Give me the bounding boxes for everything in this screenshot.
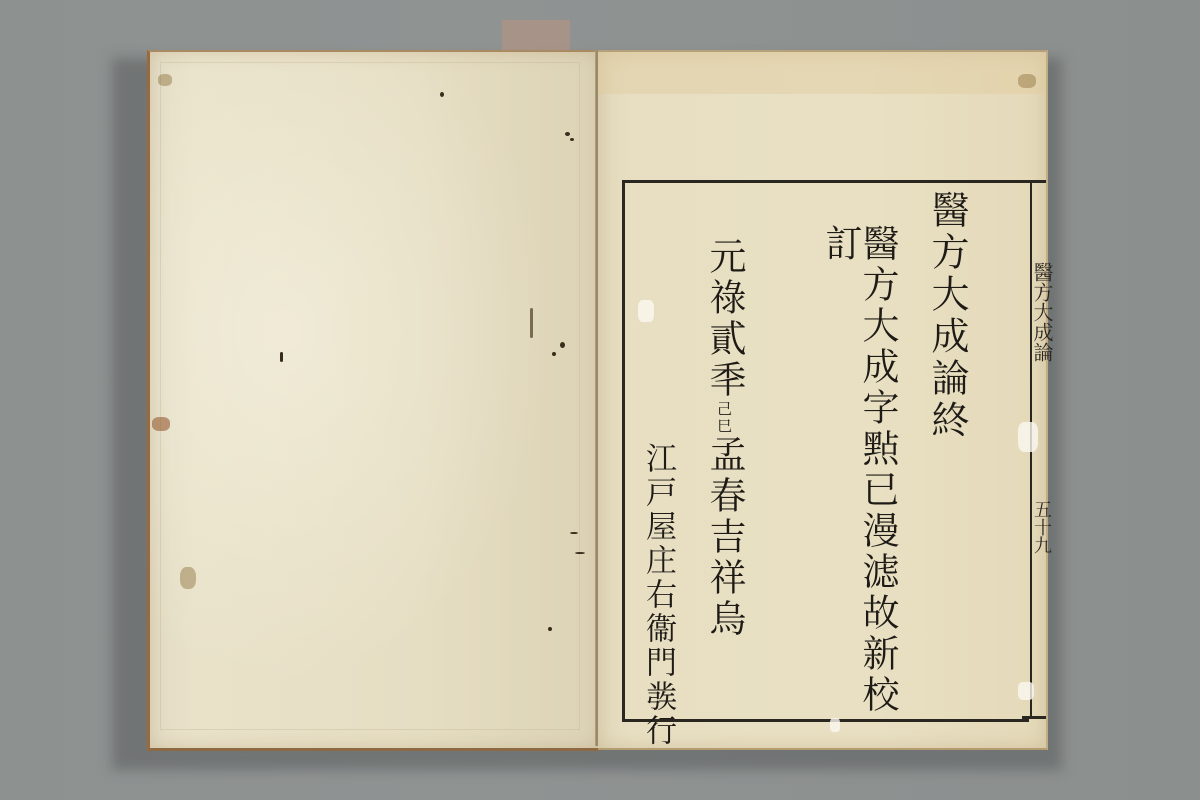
month-text: 孟春吉祥烏 [703,435,746,640]
stain-mark [158,74,172,86]
wormhole-mark [280,352,283,362]
frame-top-extension [1022,180,1046,183]
wormhole-mark [440,92,444,97]
left-page-inner-border [160,62,580,730]
wormhole-trail [530,308,533,338]
wormhole-mark [565,132,570,136]
spine-page-number: 五十九 [1028,500,1054,554]
wormhole-mark [570,138,574,141]
spine-title: 醫方大成論 [1028,262,1057,362]
top-margin-strip [598,52,1046,94]
paper-repair-patch [638,300,654,322]
wormhole-mark [575,552,585,554]
wormhole-mark [548,627,552,631]
stain-mark [180,567,196,589]
paper-repair-patch [1018,682,1034,700]
revision-note-column: 醫方大成字㸃已漫滤故新校訂 [822,224,896,748]
wormhole-mark [570,532,578,534]
wormhole-mark [552,352,556,356]
right-page-colophon: 醫方大成論終 醫方大成字㸃已漫滤故新校訂 元祿貳秊己巳孟春吉祥烏 江戸屋庄右衞門… [598,50,1048,750]
left-page-blank [147,50,600,751]
paper-repair-patch [830,718,840,732]
stain-mark [1018,74,1036,88]
frame-bottom-extension [1022,716,1046,719]
date-column: 元祿貳秊己巳孟春吉祥烏 [706,237,743,640]
wormhole-mark [560,342,565,348]
stain-mark [152,417,170,431]
publisher-column: 江戸屋庄右衞門彂行 [642,442,673,748]
sexagenary-annotation: 己巳 [715,401,733,435]
end-title-column: 醫方大成論終 [920,190,975,442]
paper-repair-patch [1018,422,1038,452]
era-year-text: 元祿貳秊 [703,237,746,401]
